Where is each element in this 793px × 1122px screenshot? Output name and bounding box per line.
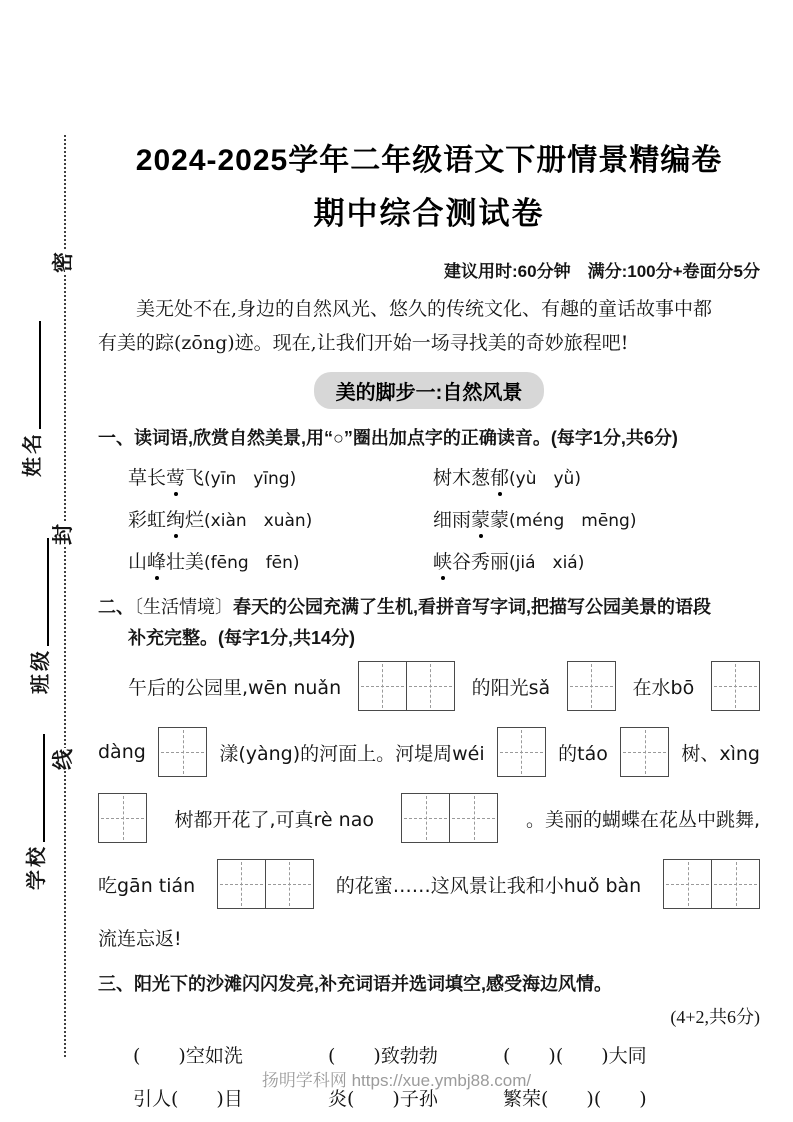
idiom-blank[interactable]: ( )( )大同 <box>503 1041 760 1068</box>
word-item: 山峰壮美(fēng fēn) <box>128 547 433 574</box>
exam-meta-info: 建议用时:60分钟 满分:100分+卷面分5分 <box>98 257 760 282</box>
pinyin-options[interactable]: (fēng fēn) <box>204 553 300 573</box>
writing-grid[interactable] <box>497 727 546 777</box>
seal-char-mi: 密 <box>51 251 76 274</box>
q1-heading: 一、读词语,欣赏自然美景,用“○”圈出加点字的正确读音。(每字1分,共6分) <box>98 423 760 453</box>
dotted-char: 蒙 <box>471 505 490 532</box>
intro-line1: 美无处不在,身边的自然风光、悠久的传统文化、有趣的童话故事中都 <box>98 292 760 326</box>
writing-grid[interactable] <box>358 661 455 711</box>
word-text: 树木葱 <box>433 467 490 489</box>
word-text: 彩虹 <box>128 509 166 531</box>
line-text: 的táo <box>558 739 608 766</box>
line-text: 树都开花了,可真rè nao <box>174 805 373 832</box>
pinyin-options[interactable]: (yù yǜ) <box>509 469 581 489</box>
writing-grid[interactable] <box>620 727 669 777</box>
q3-heading: 三、阳光下的沙滩闪闪发亮,补充词语并选词填空,感受海边风情。 <box>98 969 760 999</box>
pinyin-writing-line-5: 流连忘返! <box>98 917 760 957</box>
student-field-school: 学校 <box>18 680 50 890</box>
pinyin-writing-line-4: 吃gān tián 的花蜜……这风景让我和小huǒ bàn <box>98 851 760 917</box>
student-field-class: 班级 <box>22 484 54 694</box>
word-item: 彩虹绚烂(xiàn xuàn) <box>128 505 433 532</box>
word-item: 细雨蒙蒙(méng mēng) <box>433 505 760 532</box>
intro-line2: 有美的踪(zōng)迹。现在,让我们开始一场寻找美的奇妙旅程吧! <box>98 326 760 360</box>
footer-watermark: 扬明学科网 https://xue.ymbj88.com/ <box>0 1066 793 1091</box>
line-text: dàng <box>98 741 146 763</box>
dotted-char: 峰 <box>147 547 166 574</box>
intro-paragraph: 美无处不在,身边的自然风光、悠久的传统文化、有趣的童话故事中都 有美的踪(zōn… <box>98 292 760 360</box>
writing-grid[interactable] <box>217 859 314 909</box>
q3-score-note: (4+2,共6分) <box>98 1003 760 1029</box>
q2-heading-text: 春天的公园充满了生机,看拼音写字词,把描写公园美景的语段 <box>233 597 711 617</box>
seal-char-xian: 线 <box>51 748 76 771</box>
exam-paper-page: { "colors":{"badge_bg":"#d7d7d7","footer… <box>0 0 793 1122</box>
pinyin-writing-line-1: 午后的公园里,wēn nuǎn 的阳光sǎ 在水bō <box>98 653 760 719</box>
idiom-blank[interactable]: ( )致勃勃 <box>328 1041 503 1068</box>
word-item: 草长莺飞(yīn yīng) <box>128 463 433 490</box>
seal-char-feng: 封 <box>51 523 76 546</box>
dotted-char: 绚 <box>166 505 185 532</box>
paper-content: 2024-2025学年二年级语文下册情景精编卷 期中综合测试卷 建议用时:60分… <box>98 0 760 1111</box>
word-text: 飞 <box>185 467 204 489</box>
word-text: 蒙 <box>490 509 509 531</box>
writing-grid[interactable] <box>401 793 498 843</box>
line-text: 的阳光sǎ <box>472 673 551 700</box>
pinyin-options[interactable]: (jiá xiá) <box>509 553 584 573</box>
dotted-char: 郁 <box>490 463 509 490</box>
line-text: 漾(yàng)的河面上。河堤周wéi <box>219 739 484 766</box>
pinyin-options[interactable]: (yīn yīng) <box>204 469 296 489</box>
dotted-char: 莺 <box>166 463 185 490</box>
line-text: 午后的公园里,wēn nuǎn <box>98 673 341 700</box>
line-text: 吃gān tián <box>98 871 195 898</box>
line-text: 的花蜜……这风景让我和小huǒ bàn <box>336 871 642 898</box>
writing-grid[interactable] <box>711 661 760 711</box>
word-text: 烂 <box>185 509 204 531</box>
student-field-class-blank[interactable] <box>47 538 49 646</box>
q2-heading-line2: 补充完整。(每字1分,共14分) <box>98 623 760 653</box>
writing-grid[interactable] <box>158 727 207 777</box>
paper-title-line2: 期中综合测试卷 <box>98 188 760 233</box>
idiom-blank[interactable]: ( )空如洗 <box>133 1041 328 1068</box>
student-field-school-blank[interactable] <box>43 734 45 842</box>
paper-title-line1: 2024-2025学年二年级语文下册情景精编卷 <box>98 142 760 180</box>
dotted-char: 峡 <box>433 547 452 574</box>
q1-word-list: 草长莺飞(yīn yīng) 树木葱郁(yù yǜ) 彩虹绚烂(xiàn xuà… <box>128 463 760 574</box>
writing-grid[interactable] <box>98 793 147 843</box>
pinyin-options[interactable]: (xiàn xuàn) <box>204 511 312 531</box>
word-text: 草长 <box>128 467 166 489</box>
student-field-school-label: 学校 <box>20 844 49 890</box>
section-badge: 美的脚步一:自然风景 <box>314 372 545 409</box>
q2-number: 二、 <box>98 597 134 617</box>
line-text: 。美丽的蝴蝶在花丛中跳舞, <box>526 805 760 832</box>
writing-grid[interactable] <box>567 661 616 711</box>
word-text: 细雨 <box>433 509 471 531</box>
pinyin-writing-line-2: dàng 漾(yàng)的河面上。河堤周wéi 的táo 树、xìng <box>98 719 760 785</box>
q2-heading: 二、〔生活情境〕春天的公园充满了生机,看拼音写字词,把描写公园美景的语段 补充完… <box>98 592 760 653</box>
writing-grid[interactable] <box>663 859 760 909</box>
student-field-name: 姓名 <box>14 267 46 477</box>
q2-context-tag: 〔生活情境〕 <box>134 597 233 618</box>
word-item: 峡谷秀丽(jiá xiá) <box>433 547 760 574</box>
student-field-name-blank[interactable] <box>39 321 41 429</box>
pinyin-options[interactable]: (méng mēng) <box>509 511 636 531</box>
line-text: 在水bō <box>633 673 695 700</box>
line-text: 树、xìng <box>681 739 760 766</box>
word-text: 谷秀丽 <box>452 551 509 573</box>
student-field-name-label: 姓名 <box>16 431 45 477</box>
word-text: 山 <box>128 551 147 573</box>
pinyin-writing-line-3: 树都开花了,可真rè nao 。美丽的蝴蝶在花丛中跳舞, <box>98 785 760 851</box>
word-item: 树木葱郁(yù yǜ) <box>433 463 760 490</box>
word-text: 壮美 <box>166 551 204 573</box>
